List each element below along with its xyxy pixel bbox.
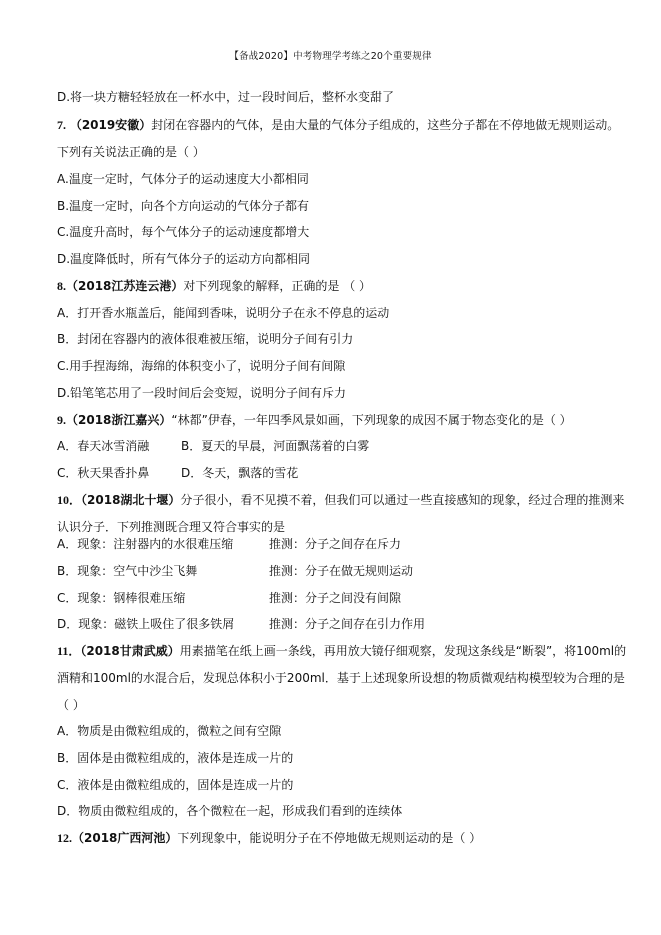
question-number: 9. (57, 413, 66, 427)
question-12: 12.（2018广西河池）下列现象中，能说明分子在不停地做无规则运动的是（ ） (57, 830, 481, 846)
question-7: 7. （2019安徽）封闭在容器内的气体，是由大量的气体分子组成的，这些分子都在… (57, 117, 619, 133)
text: A.温度一定时，气体分子的运动速度大小都相同 (57, 172, 309, 186)
question-number: 12. (57, 831, 72, 845)
text: 酒精和100ml的水混合后，发现总体积小于200ml．基于上述现象所设想的物质微… (57, 671, 625, 685)
question-text: 用素描笔在纸上画一条线，再用放大镜仔细观察，发现这条线是“断裂”，将100ml的 (180, 644, 626, 658)
text: （ ） (57, 698, 85, 712)
text: C.用手捏海绵，海绵的体积变小了，说明分子间有间隙 (57, 359, 345, 373)
phenomenon: A．现象：注射器内的水很难压缩 (57, 537, 233, 551)
option-b: B．固体是由微粒组成的，液体是连成一片的 (57, 750, 293, 766)
text: 下列有关说法正确的是（ ） (57, 145, 205, 159)
question-source: （2018湖北十堰） (81, 493, 180, 507)
text: C．液体是由微粒组成的，固体是连成一片的 (57, 778, 293, 792)
text: A．打开香水瓶盖后，能闻到香味，说明分子在永不停息的运动 (57, 306, 389, 320)
question-text: 下列现象中，能说明分子在不停地做无规则运动的是（ ） (177, 831, 481, 845)
text: B.温度一定时，向各个方向运动的气体分子都有 (57, 199, 309, 213)
question-text: 认识分子．下列推测既合理又符合事实的是 (57, 519, 285, 535)
question-text: “林都”伊春，一年四季风景如画，下列现象的成因不属于物态变化的是（ ） (171, 413, 571, 427)
question-source: （2018江苏连云港） (66, 279, 183, 293)
option-a: A．春天冰雪消融 (57, 439, 149, 453)
option-text: D.将一块方糖轻轻放在一杯水中，过一段时间后，整杯水变甜了 (57, 89, 394, 105)
question-text: 封闭在容器内的气体，是由大量的气体分子组成的，这些分子都在不停地做无规则运动。 (151, 118, 619, 132)
phenomenon: C．现象：钢棒很难压缩 (57, 591, 185, 605)
inference: 推测：分子在做无规则运动 (269, 563, 413, 579)
phenomenon: B．现象：空气中沙尘飞舞 (57, 564, 197, 578)
text: D.铅笔笔芯用了一段时间后会变短，说明分子间有斥力 (57, 386, 346, 400)
question-text: 酒精和100ml的水混合后，发现总体积小于200ml．基于上述现象所设想的物质微… (57, 670, 625, 686)
inference: 推测：分子之间存在引力作用 (269, 616, 425, 632)
question-number: 8. (57, 279, 66, 293)
option-a: A．打开香水瓶盖后，能闻到香味，说明分子在永不停息的运动 (57, 305, 389, 321)
option-c: C.温度升高时，每个气体分子的运动速度都增大 (57, 224, 309, 240)
text: D.将一块方糖轻轻放在一杯水中，过一段时间后，整杯水变甜了 (57, 90, 394, 104)
question-number: 7. (57, 118, 66, 132)
option-b: B.温度一定时，向各个方向运动的气体分子都有 (57, 198, 309, 214)
question-source: （2018甘肃武威） (80, 644, 179, 658)
question-10: 10．（2018湖北十堰）分子很小，看不见摸不着，但我们可以通过一些直接感知的现… (57, 492, 624, 508)
question-8: 8.（2018江苏连云港）对下列现象的解释，正确的是 （ ） (57, 278, 371, 294)
question-9: 9.（2018浙江嘉兴）“林都”伊春，一年四季风景如画，下列现象的成因不属于物态… (57, 412, 572, 428)
question-text: 分子很小，看不见摸不着，但我们可以通过一些直接感知的现象，经过合理的推测来 (180, 493, 624, 507)
option-c: C.用手捏海绵，海绵的体积变小了，说明分子间有间隙 (57, 358, 345, 374)
option-a: A．现象：注射器内的水很难压缩推测：分子之间存在斥力 (57, 536, 617, 552)
text: C.温度升高时，每个气体分子的运动速度都增大 (57, 225, 309, 239)
text: B．固体是由微粒组成的，液体是连成一片的 (57, 751, 293, 765)
answer-paren: （ ） (57, 697, 85, 713)
question-text: 对下列现象的解释，正确的是 （ ） (183, 279, 371, 293)
text: B．封闭在容器内的液体很难被压缩，说明分子间有引力 (57, 332, 353, 346)
inference: 推测：分子之间没有间隙 (269, 590, 401, 606)
option-d: D．物质由微粒组成的，各个微粒在一起，形成我们看到的连续体 (57, 803, 402, 819)
option-b: B．夏天的早晨，河面飘荡着的白雾 (181, 438, 369, 454)
question-number: 11． (57, 644, 80, 658)
option-c: C．现象：钢棒很难压缩推测：分子之间没有间隙 (57, 590, 617, 606)
text: 认识分子．下列推测既合理又符合事实的是 (57, 520, 285, 534)
option-c: C．液体是由微粒组成的，固体是连成一片的 (57, 777, 293, 793)
option-d: D.铅笔笔芯用了一段时间后会变短，说明分子间有斥力 (57, 385, 346, 401)
options-row: A．春天冰雪消融B．夏天的早晨，河面飘荡着的白雾 (57, 438, 617, 454)
options-row: C．秋天果香扑鼻D．冬天，飘落的雪花 (57, 465, 617, 481)
option-b: B．封闭在容器内的液体很难被压缩，说明分子间有引力 (57, 331, 353, 347)
option-d: D．现象：磁铁上吸住了很多铁屑推测：分子之间存在引力作用 (57, 616, 617, 632)
inference: 推测：分子之间存在斥力 (269, 536, 401, 552)
question-source: （2018广西河池） (72, 831, 177, 845)
text: D．物质由微粒组成的，各个微粒在一起，形成我们看到的连续体 (57, 804, 402, 818)
page-header: 【备战2020】中考物理学考练之20个重要规律 (0, 48, 661, 62)
phenomenon: D．现象：磁铁上吸住了很多铁屑 (57, 617, 234, 631)
option-a: A.温度一定时，气体分子的运动速度大小都相同 (57, 171, 309, 187)
question-source: （2018浙江嘉兴） (66, 413, 171, 427)
text: A．物质是由微粒组成的，微粒之间有空隙 (57, 724, 281, 738)
option-d: D.温度降低时，所有气体分子的运动方向都相同 (57, 251, 310, 267)
question-number: 10． (57, 493, 81, 507)
text: D.温度降低时，所有气体分子的运动方向都相同 (57, 252, 310, 266)
option-b: B．现象：空气中沙尘飞舞推测：分子在做无规则运动 (57, 563, 617, 579)
option-d: D．冬天，飘落的雪花 (181, 465, 298, 481)
option-c: C．秋天果香扑鼻 (57, 466, 149, 480)
question-text: 下列有关说法正确的是（ ） (57, 144, 205, 160)
question-11: 11．（2018甘肃武威）用素描笔在纸上画一条线，再用放大镜仔细观察，发现这条线… (57, 643, 626, 659)
option-a: A．物质是由微粒组成的，微粒之间有空隙 (57, 723, 281, 739)
question-source: （2019安徽） (70, 118, 151, 132)
